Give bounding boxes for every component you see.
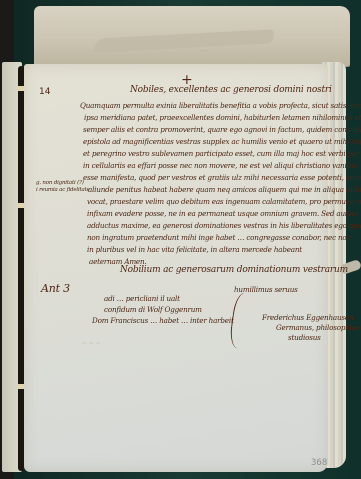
folio-number: 14 xyxy=(39,87,50,97)
body-line: in pluribus vel in hac vita felicitate, … xyxy=(87,245,302,254)
body-line: et peregrino vestro sublevamen participa… xyxy=(83,149,359,158)
subscription-right-line: studiosus xyxy=(288,333,321,342)
faded-heading-text: … xyxy=(199,44,207,53)
body-line: semper aliis et contra promoverint, quar… xyxy=(83,125,361,134)
body-line: aliunde penitus habeat habere quam neq a… xyxy=(88,185,361,194)
subscription-left-line: adi … pericliani il ualt xyxy=(104,294,180,303)
body-line: in cellulariis ea effari posse nec non m… xyxy=(83,161,357,170)
body-line: vocat, praestare velim quo debitum eas i… xyxy=(87,197,361,206)
closing-formula: Nobilium ac generosarum dominationum ves… xyxy=(120,265,348,275)
subscription-left-line: confidum di Wolf Oggenrum xyxy=(104,305,202,314)
margin-note: g. non dignitati (?) xyxy=(36,180,84,186)
bleed-through-text: ~ ~ ~ xyxy=(82,340,101,347)
body-line: esse manifesta, quod per vestros et grat… xyxy=(83,173,361,182)
body-line: Quamquam permulta exinia liberalitatis b… xyxy=(80,101,361,110)
body-line: epistola ad magnificentias vestras suppl… xyxy=(83,137,361,146)
torn-paper-edge xyxy=(94,29,274,52)
archive-page-stamp: 368 xyxy=(311,458,327,468)
body-line: infixam evadere posse, ne in ea permanea… xyxy=(87,209,361,218)
subscription-right-line: Frederichus Eggenhausen xyxy=(262,313,353,322)
subscription-right-line: Germanus, philosophiae xyxy=(276,323,360,332)
left-annotation: Ant 3 xyxy=(41,282,70,295)
margin-note: i reumia ac fidelitate xyxy=(36,187,90,193)
salutation: Nobiles, excellentes ac generosi domini … xyxy=(130,85,332,95)
stacked-folios-top: … xyxy=(34,6,350,66)
body-line: non ingratum praetendunt mihi inge habet… xyxy=(87,233,351,242)
body-line: ipsa meridiana patet, praeexcellentes do… xyxy=(84,113,361,122)
subscription-left-line: Dom Franciscus … habet … inter harbeit xyxy=(92,316,234,325)
body-line: adductus maxime, ea generosi dominatione… xyxy=(87,221,361,230)
